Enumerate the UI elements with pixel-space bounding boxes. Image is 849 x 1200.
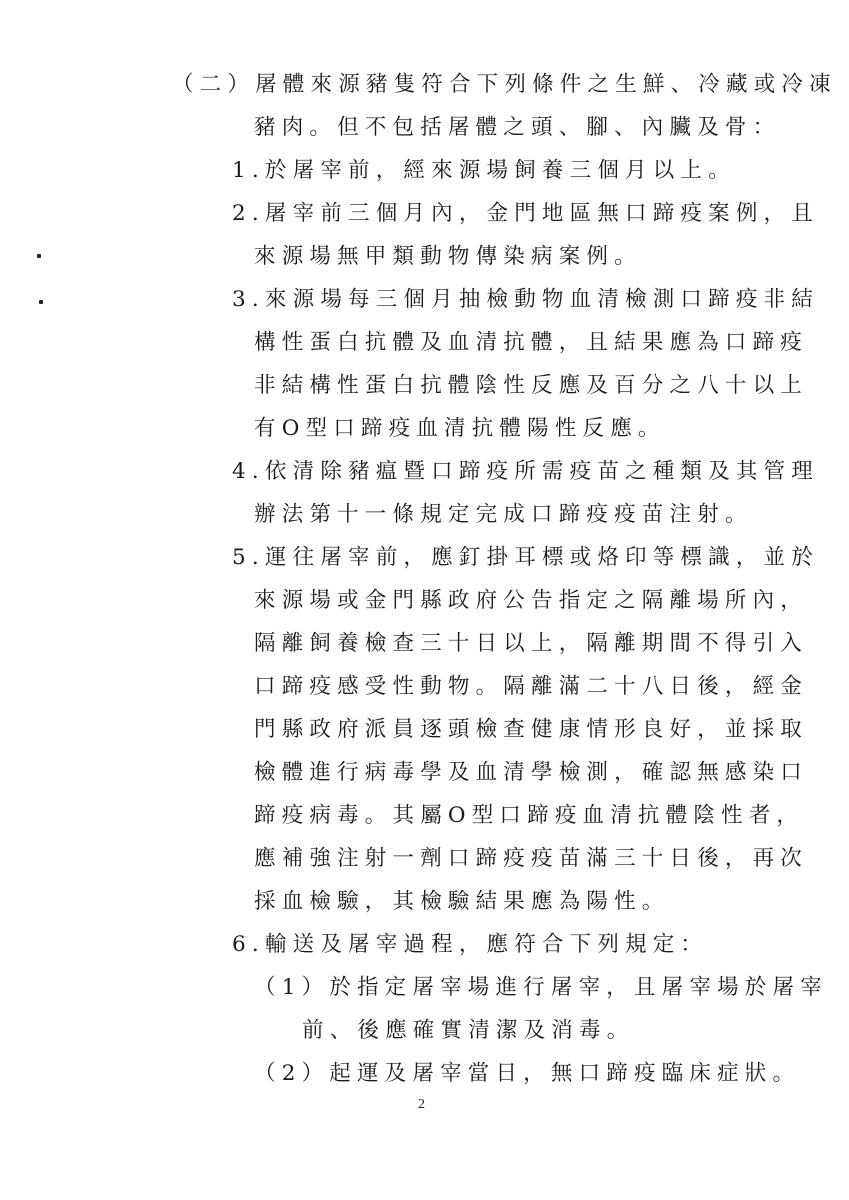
section-heading: （二）屠體來源豬隻符合下列條件之生鮮、冷藏或冷凍 [172,70,837,100]
item-5-line-1: 5.運往屠宰前，應釘掛耳標或烙印等標識，並於 [232,543,819,573]
item-5-line-3: 隔離飼養檢查三十日以上，隔離期間不得引入 [254,629,808,659]
item-3-line-1: 3.來源場每三個月抽檢動物血清檢測口蹄疫非結 [232,285,819,315]
item-5-line-6: 檢體進行病毒學及血清學檢測，確認無感染口 [254,758,808,788]
item-2-line-2: 來源場無甲類動物傳染病案例。 [254,242,642,272]
item-3-line-4: 有O型口蹄疫血清抗體陽性反應。 [254,414,666,444]
item-4-line-2: 辦法第十一條規定完成口蹄疫疫苗注射。 [254,500,753,530]
scan-speck [39,300,43,304]
page-number: 2 [418,1097,425,1113]
section-heading-cont: 豬肉。但不包括屠體之頭、腳、內臟及骨： [254,113,780,143]
subitem-2-line-1: （2）起運及屠宰當日，無口蹄疫臨床症狀。 [254,1059,800,1089]
item-4-line-1: 4.依清除豬瘟暨口蹄疫所需疫苗之種類及其管理 [232,457,819,487]
item-5-line-8: 應補強注射一劑口蹄疫疫苗滿三十日後，再次 [254,844,808,874]
item-5-line-9: 採血檢驗，其檢驗結果應為陽性。 [254,887,670,917]
subitem-1-line-1: （1）於指定屠宰場進行屠宰，且屠宰場於屠宰 [254,973,828,1003]
item-5-line-5: 門縣政府派員逐頭檢查健康情形良好，並採取 [254,715,808,745]
item-5-line-7: 蹄疫病毒。其屬O型口蹄疫血清抗體陰性者， [254,801,804,831]
item-1-line-1: 1.於屠宰前，經來源場飼養三個月以上。 [232,156,736,186]
subitem-1-line-2: 前、後應確實清潔及消毒。 [302,1016,634,1046]
scan-speck [37,254,41,258]
item-6-line-1: 6.輸送及屠宰過程，應符合下列規定： [232,930,708,960]
item-3-line-3: 非結構性蛋白抗體陰性反應及百分之八十以上 [254,371,808,401]
item-2-line-1: 2.屠宰前三個月內，金門地區無口蹄疫案例，且 [232,199,819,229]
item-5-line-2: 來源場或金門縣政府公告指定之隔離場所內， [254,586,808,616]
item-5-line-4: 口蹄疫感受性動物。隔離滿二十八日後，經金 [254,672,808,702]
item-3-line-2: 構性蛋白抗體及血清抗體，且結果應為口蹄疫 [254,328,808,358]
